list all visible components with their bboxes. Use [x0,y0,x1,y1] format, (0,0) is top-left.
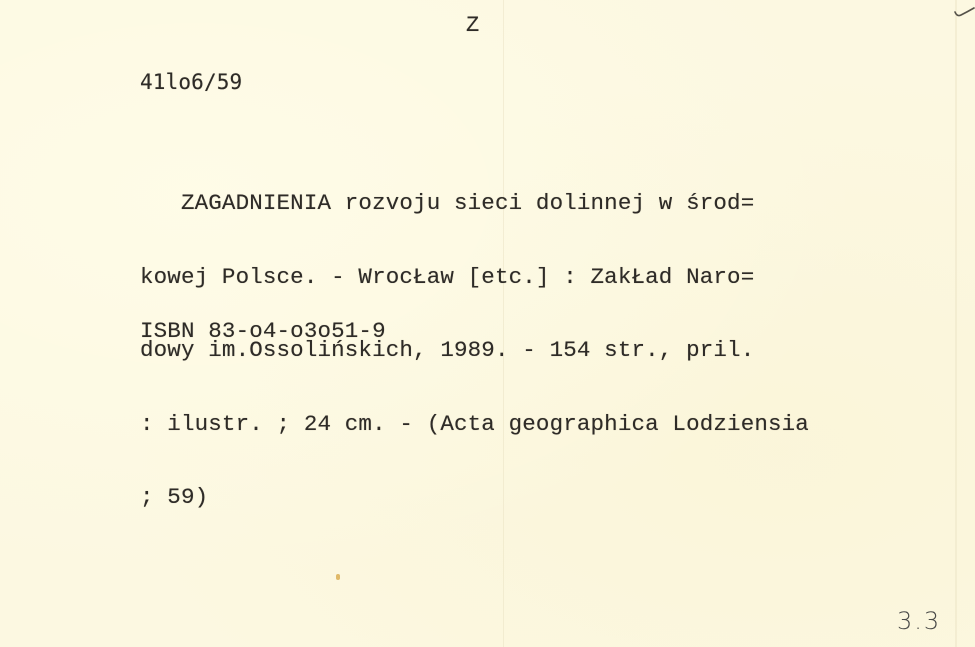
paper-speck [336,574,340,580]
entry-line-series-number: ; 59) [140,485,809,510]
card-edge [955,0,957,647]
top-letter: Z [466,14,479,39]
entry-line-title: ZAGADNIENIA rozvoju sieci dolinnej w śro… [140,191,809,216]
call-number: 41lo6/59 [140,70,242,95]
check-mark-icon [952,6,975,20]
entry-line-description: : ilustr. ; 24 cm. - (Acta geographica L… [140,412,809,437]
catalog-card: Z 41lo6/59 ZAGADNIENIA rozvoju sieci dol… [0,0,975,647]
handwritten-number: 3.3 [897,607,941,635]
entry-line-publisher: kowej Polsce. - WrocŁaw [etc.] : ZakŁad … [140,265,809,290]
isbn: ISBN 83-o4-o3o51-9 [140,319,386,344]
bibliographic-entry: ZAGADNIENIA rozvoju sieci dolinnej w śro… [140,142,809,559]
